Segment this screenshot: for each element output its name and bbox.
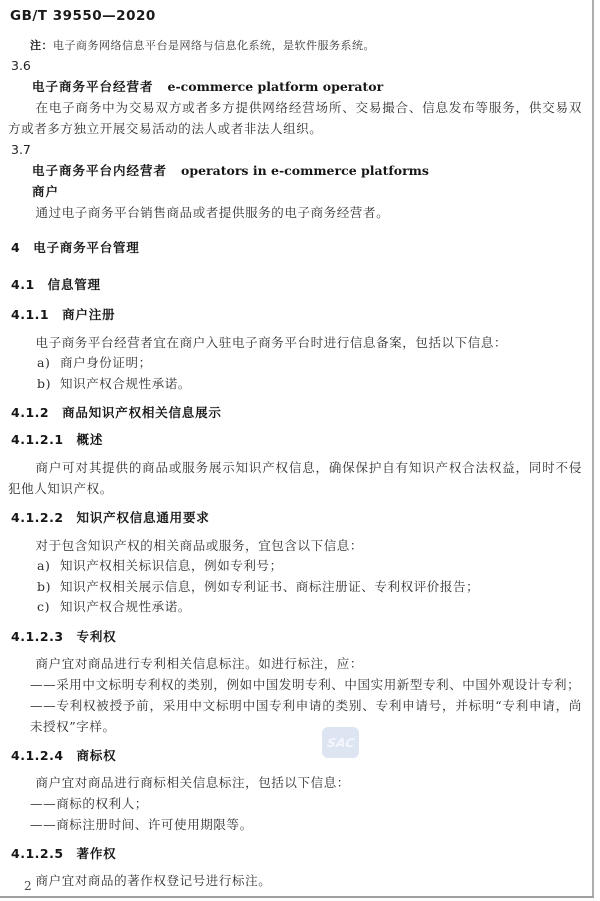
heading-4-1-2-4: 4.1.2.4商标权 — [8, 745, 582, 766]
heading-4-1-2-4-number: 4.1.2.4 — [11, 748, 64, 763]
page-number: 2 — [24, 878, 32, 894]
heading-4-1-2-2-number: 4.1.2.2 — [11, 510, 64, 525]
scan-edge-right — [592, 0, 594, 898]
term-3-6: 电子商务平台经营者e-commerce platform operator — [32, 76, 582, 97]
note-text: 电子商务网络信息平台是网络与信息化系统，是软件服务系统。 — [53, 39, 375, 52]
paragraph-4-1-2-2-intro: 对于包含知识产权的相关商品或服务，宜包含以下信息： — [8, 535, 582, 556]
list-marker: c) — [37, 597, 60, 618]
list-text: 知识产权合规性承诺。 — [60, 599, 191, 614]
heading-4-1-2: 4.1.2商品知识产权相关信息展示 — [8, 402, 582, 423]
heading-4-1-2-title: 商品知识产权相关信息展示 — [62, 405, 222, 420]
heading-4-1-2-5: 4.1.2.5著作权 — [8, 843, 582, 864]
paragraph-4-1-2-1: 商户可对其提供的商品或服务展示知识产权信息，确保保护自有知识产权合法权益，同时不… — [8, 457, 582, 499]
term-number-3-7: 3.7 — [8, 139, 582, 160]
dash-item-patent-1: ——采用中文标明专利权的类别，例如中国发明专利、中国实用新型专利、中国外观设计专… — [30, 674, 582, 695]
term-en-3-6: e-commerce platform operator — [168, 79, 384, 94]
document-page: GB/T 39550—2020 注：电子商务网络信息平台是网络与信息化系统，是软… — [0, 0, 600, 901]
heading-4-1-2-1-title: 概述 — [77, 432, 104, 447]
dash-item-trademark-2: ——商标注册时间、许可使用期限等。 — [30, 814, 582, 835]
term-3-7: 电子商务平台内经营者operators in e-commerce platfo… — [32, 160, 582, 181]
list-item-4-1-1-a: a)商户身份证明； — [37, 353, 582, 374]
dash-item-trademark-1: ——商标的权利人； — [30, 793, 582, 814]
note-label: 注： — [30, 39, 53, 52]
heading-4-1-2-1: 4.1.2.1概述 — [8, 429, 582, 450]
term-alias-3-7: 商户 — [32, 181, 582, 202]
paragraph-4-1-2-3-intro: 商户宜对商品进行专利相关信息标注。如进行标注，应： — [8, 653, 582, 674]
term-definition-3-6: 在电子商务中为交易双方或者多方提供网络经营场所、交易撮合、信息发布等服务，供交易… — [8, 97, 582, 139]
term-zh-3-7: 电子商务平台内经营者 — [32, 163, 167, 178]
term-definition-3-7: 通过电子商务平台销售商品或者提供服务的电子商务经营者。 — [8, 202, 582, 223]
heading-4-1-1-number: 4.1.1 — [11, 307, 49, 322]
heading-4-1-1: 4.1.1商户注册 — [8, 304, 582, 325]
list-item-4-1-1-b: b)知识产权合规性承诺。 — [37, 374, 582, 395]
list-text: 商户身份证明； — [60, 355, 152, 370]
list-marker: b) — [37, 577, 60, 598]
dash-item-patent-2: ——专利权被授予前，采用中文标明中国专利申请的类别、专利申请号，并标明“专利申请… — [30, 695, 582, 737]
heading-4-1-2-3-number: 4.1.2.3 — [11, 629, 64, 644]
paragraph-4-1-2-5: 商户宜对商品的著作权登记号进行标注。 — [8, 870, 582, 891]
list-marker: a) — [37, 556, 60, 577]
scan-edge-bottom — [0, 896, 594, 898]
list-marker: a) — [37, 353, 60, 374]
list-item-4-1-2-2-a: a)知识产权相关标识信息，例如专利号； — [37, 556, 582, 577]
heading-4-1-number: 4.1 — [11, 277, 35, 292]
heading-4-1-2-3: 4.1.2.3专利权 — [8, 626, 582, 647]
heading-4-1-2-3-title: 专利权 — [77, 629, 117, 644]
term-zh-3-6: 电子商务平台经营者 — [32, 79, 154, 94]
term-en-3-7: operators in e-commerce platforms — [181, 163, 429, 178]
paragraph-4-1-2-4-intro: 商户宜对商品进行商标相关信息标注，包括以下信息： — [8, 772, 582, 793]
heading-4-1-2-5-number: 4.1.2.5 — [11, 846, 64, 861]
list-text: 知识产权相关展示信息，例如专利证书、商标注册证、专利权评价报告； — [60, 579, 479, 594]
heading-4-1-2-2-title: 知识产权信息通用要求 — [77, 510, 210, 525]
heading-4-1-2-4-title: 商标权 — [77, 748, 117, 763]
heading-4-1-2-5-title: 著作权 — [77, 846, 117, 861]
heading-4-1-title: 信息管理 — [48, 277, 101, 292]
heading-4-1: 4.1信息管理 — [8, 274, 582, 295]
list-marker: b) — [37, 374, 60, 395]
list-item-4-1-2-2-b: b)知识产权相关展示信息，例如专利证书、商标注册证、专利权评价报告； — [37, 577, 582, 598]
list-item-4-1-2-2-c: c)知识产权合规性承诺。 — [37, 597, 582, 618]
heading-4-1-2-2: 4.1.2.2知识产权信息通用要求 — [8, 507, 582, 528]
heading-4: 4电子商务平台管理 — [8, 237, 582, 258]
standard-code: GB/T 39550—2020 — [8, 6, 582, 27]
heading-4-1-1-title: 商户注册 — [62, 307, 115, 322]
heading-4-1-2-number: 4.1.2 — [11, 405, 49, 420]
paragraph-4-1-1-intro: 电子商务平台经营者宜在商户入驻电子商务平台时进行信息备案，包括以下信息： — [8, 332, 582, 353]
term-number-3-6: 3.6 — [8, 55, 582, 76]
heading-4-title: 电子商务平台管理 — [33, 240, 139, 255]
note-line: 注：电子商务网络信息平台是网络与信息化系统，是软件服务系统。 — [30, 37, 582, 55]
heading-4-1-2-1-number: 4.1.2.1 — [11, 432, 64, 447]
list-text: 知识产权合规性承诺。 — [60, 376, 191, 391]
list-text: 知识产权相关标识信息，例如专利号； — [60, 558, 283, 573]
heading-4-number: 4 — [11, 240, 20, 255]
